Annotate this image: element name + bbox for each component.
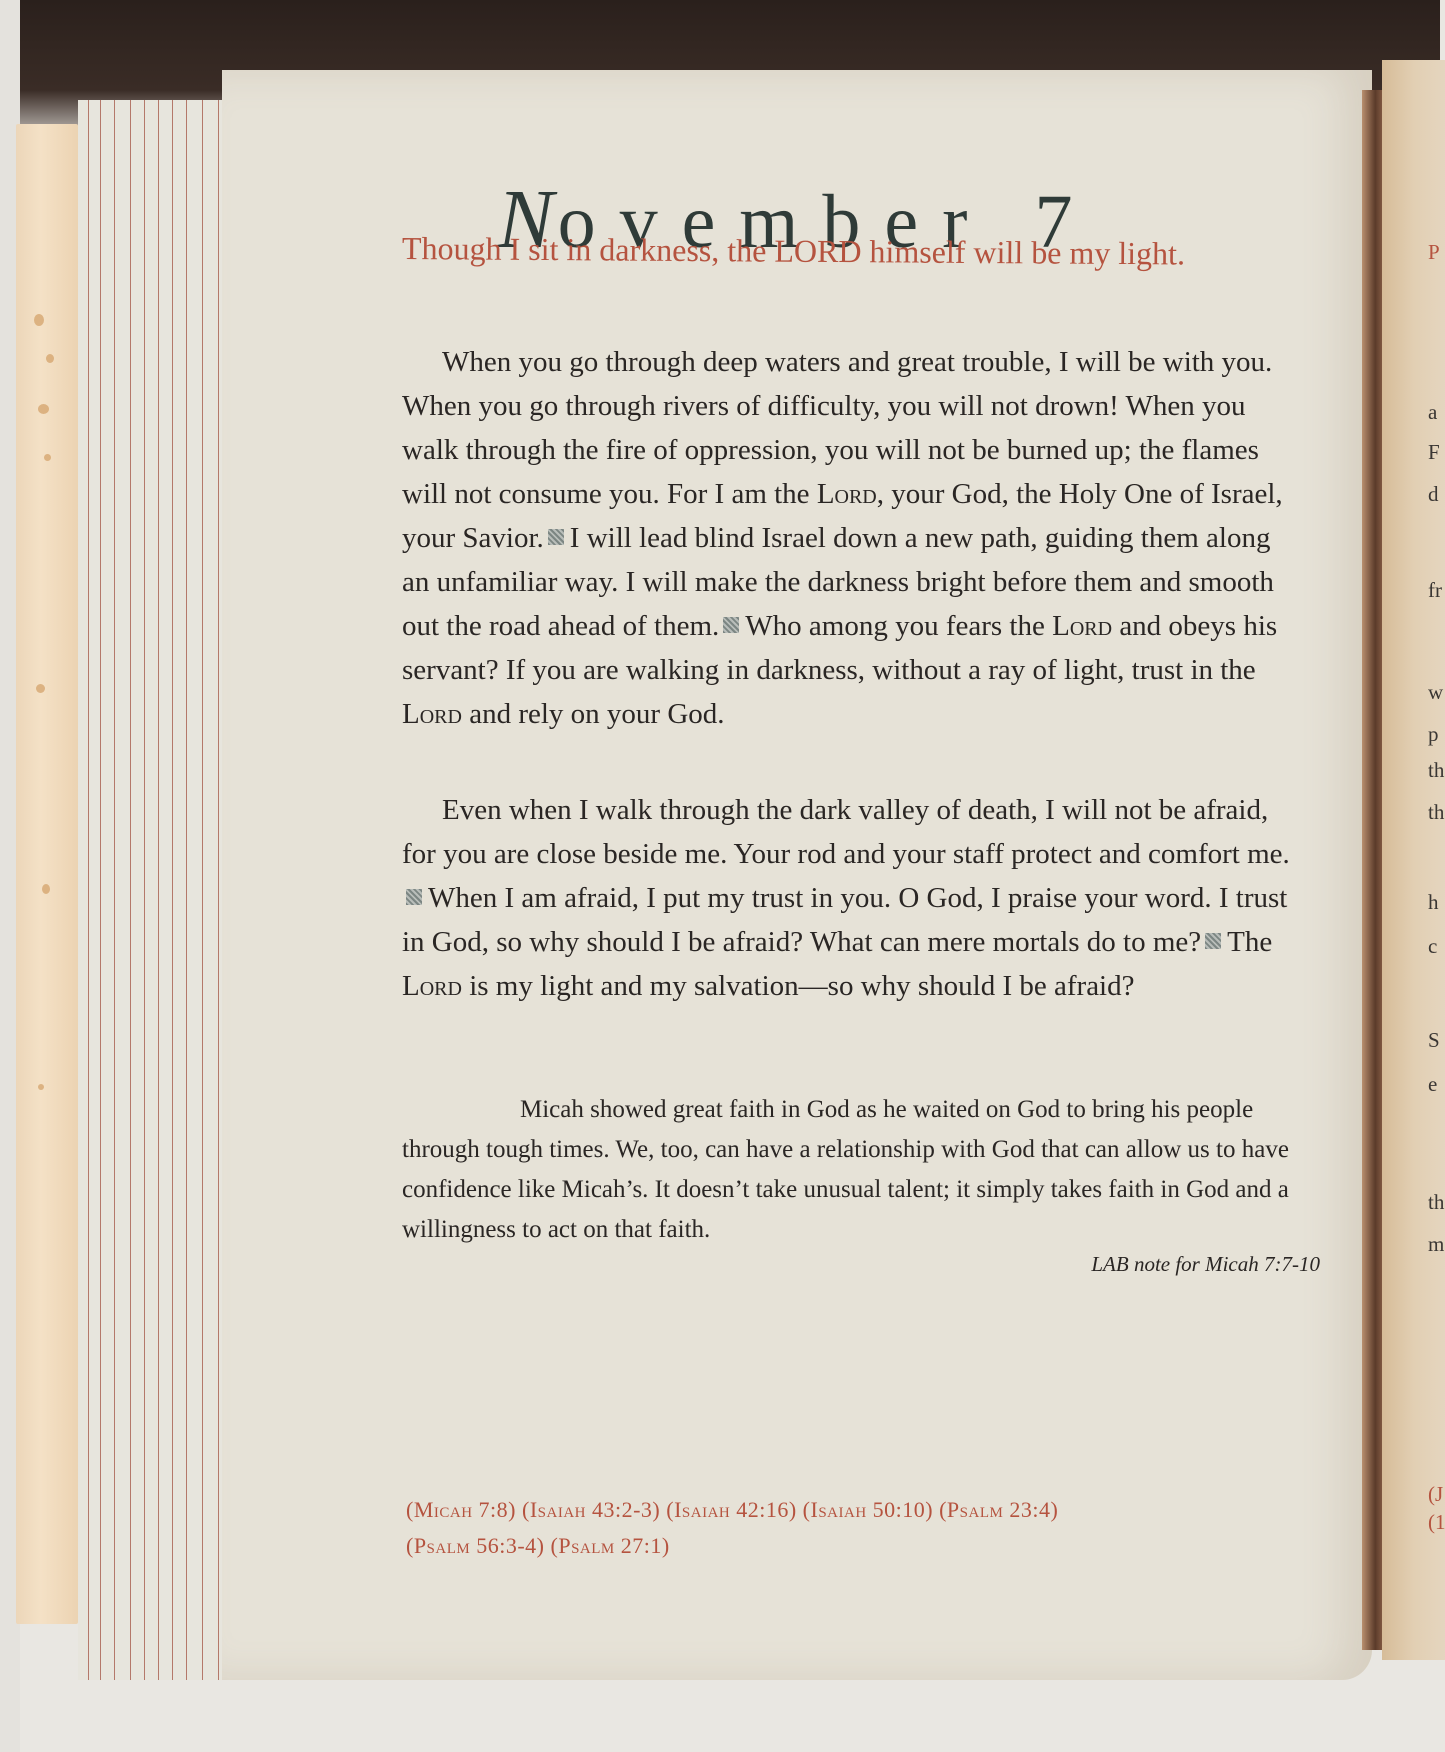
- key-verse: Though I sit in darkness, the LORD himse…: [402, 230, 1262, 273]
- facing-page-text-fragment: w: [1428, 680, 1443, 705]
- lord-small-caps: Lord: [817, 478, 877, 510]
- facing-page-text-fragment: a: [1428, 400, 1437, 425]
- facing-page-text-fragment: (1: [1428, 1510, 1445, 1535]
- verse-separator-icon: [548, 529, 564, 545]
- facing-page-text-fragment: fr: [1428, 578, 1442, 603]
- facing-page-text-fragment: th: [1428, 800, 1444, 825]
- facing-page-text-fragment: th: [1428, 758, 1444, 783]
- text-segment: Even when I walk through the dark valley…: [402, 794, 1290, 870]
- facing-page-text-fragment: p: [1428, 722, 1439, 747]
- facing-page-text-fragment: F: [1428, 440, 1440, 465]
- text-segment: The: [1227, 926, 1272, 958]
- note-text: Micah showed great faith in God as he wa…: [402, 1090, 1302, 1250]
- text-segment: is my light and my salvation—so why shou…: [462, 970, 1135, 1002]
- text-segment: When I am afraid, I put my trust in you.…: [402, 882, 1287, 958]
- facing-page-text-fragment: d: [1428, 482, 1439, 507]
- verse-separator-icon: [1205, 933, 1221, 949]
- facing-page-text-fragment: c: [1428, 934, 1437, 959]
- references-line-2: (Psalm 56:3-4) (Psalm 27:1): [406, 1528, 1286, 1564]
- scripture-paragraph-1: When you go through deep waters and grea…: [402, 340, 1302, 736]
- lord-small-caps: Lord: [1052, 610, 1112, 642]
- book-gutter: [1362, 90, 1384, 1650]
- commentary-note: Micah showed great faith in God as he wa…: [402, 1090, 1302, 1250]
- facing-page-text-fragment: (J: [1428, 1482, 1443, 1507]
- facing-page-text-fragment: S: [1428, 1028, 1440, 1053]
- page-stack-edges: [78, 100, 228, 1680]
- references-line-1: (Micah 7:8) (Isaiah 43:2-3) (Isaiah 42:1…: [406, 1492, 1286, 1528]
- facing-page-text-fragment: P: [1428, 240, 1440, 265]
- verse-separator-icon: [723, 617, 739, 633]
- scripture-paragraph-2: Even when I walk through the dark valley…: [402, 788, 1302, 1008]
- lord-small-caps: Lord: [402, 970, 462, 1002]
- book-cover-edge: [16, 124, 78, 1624]
- facing-page-text-fragment: th: [1428, 1190, 1444, 1215]
- lord-small-caps: Lord: [402, 698, 462, 730]
- text-segment: Who among you fears the: [745, 610, 1052, 642]
- facing-page-text-fragment: e: [1428, 1072, 1437, 1097]
- note-source: LAB note for Micah 7:7-10: [1060, 1252, 1320, 1277]
- text-segment: and rely on your God.: [462, 698, 725, 730]
- verse-separator-icon: [406, 889, 422, 905]
- facing-page: [1382, 60, 1445, 1660]
- scripture-references: (Micah 7:8) (Isaiah 43:2-3) (Isaiah 42:1…: [406, 1492, 1286, 1564]
- facing-page-text-fragment: m: [1428, 1232, 1444, 1257]
- facing-page-text-fragment: h: [1428, 890, 1439, 915]
